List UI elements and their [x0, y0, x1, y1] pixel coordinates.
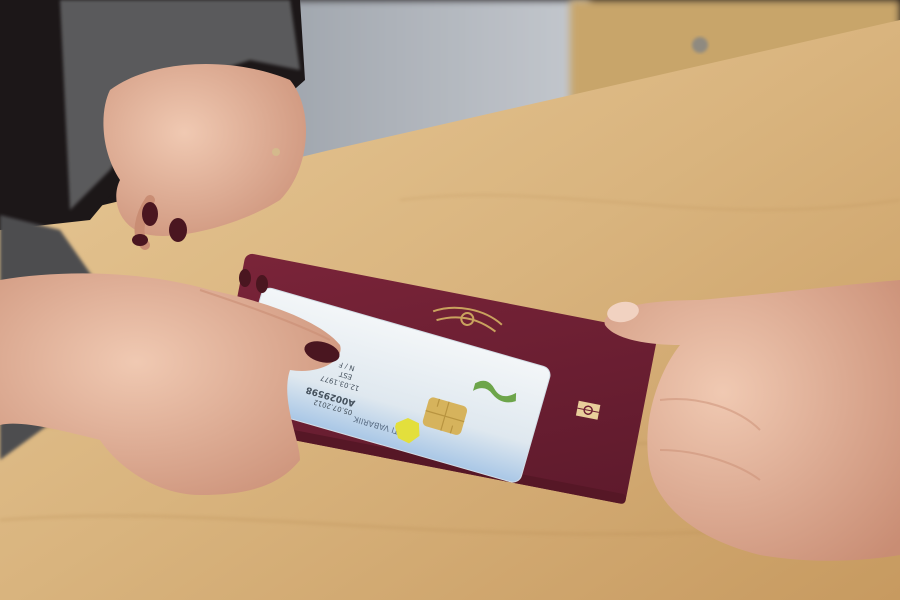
photo-illustration: A0029598 05.07.2012 12.03.1977 EST N / F…	[0, 0, 900, 600]
photo-scene: A0029598 05.07.2012 12.03.1977 EST N / F…	[0, 0, 900, 600]
ring	[272, 148, 280, 156]
nail-polish	[142, 202, 158, 226]
